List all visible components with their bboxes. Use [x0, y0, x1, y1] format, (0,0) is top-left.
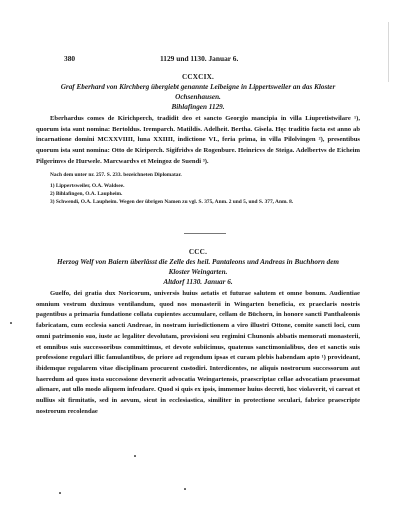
scan-speck	[59, 492, 61, 494]
footnote-2: 2) Bihlafingen, O.A. Laupheim.	[44, 190, 360, 198]
document-text: Guelfo, dei gratia dux Noricorum, univer…	[36, 289, 360, 417]
footnote-3: 3) Schwendi, O.A. Laupheim. Wegen der üb…	[44, 198, 360, 206]
document-number: CCXCIX.	[36, 72, 360, 82]
section-divider	[184, 233, 226, 234]
document-rubric: Graf Eberhard von Kirchberg übergiebt ge…	[36, 82, 360, 102]
scan-speck	[134, 455, 136, 457]
scan-edge-line	[388, 22, 389, 82]
running-title: 1129 und 1130. Januar 6.	[160, 54, 238, 63]
footnote-1: 1) Lippertsweiler, O.A. Waldsee.	[44, 182, 360, 190]
source-note: Nach dem unter nr. 257. S. 233. bezeichn…	[36, 171, 360, 179]
document-place-date: Bihlafingen 1129.	[36, 102, 360, 112]
document-rubric: Herzog Welf von Baiern überlässt die Zel…	[36, 257, 360, 277]
running-header: 380 1129 und 1130. Januar 6.	[64, 54, 354, 64]
page-number: 380	[64, 54, 75, 63]
document-ccc: CCC. Herzog Welf von Baiern überlässt di…	[36, 247, 360, 417]
document-text: Eberhardus comes de Kirichperch, tradidi…	[36, 114, 360, 168]
scan-speck	[184, 488, 186, 490]
document-place-date: Altdorf 1130. Januar 6.	[36, 277, 360, 287]
scanned-page: 380 1129 und 1130. Januar 6. CCXCIX. Gra…	[0, 0, 396, 512]
document-paragraph: Eberhardus comes de Kirichperch, tradidi…	[36, 114, 360, 168]
document-paragraph: Guelfo, dei gratia dux Noricorum, univer…	[36, 289, 360, 417]
document-ccxcix: CCXCIX. Graf Eberhard von Kirchberg über…	[36, 72, 360, 207]
scan-speck	[10, 322, 12, 324]
document-number: CCC.	[36, 247, 360, 257]
footnotes: 1) Lippertsweiler, O.A. Waldsee. 2) Bihl…	[36, 182, 360, 207]
